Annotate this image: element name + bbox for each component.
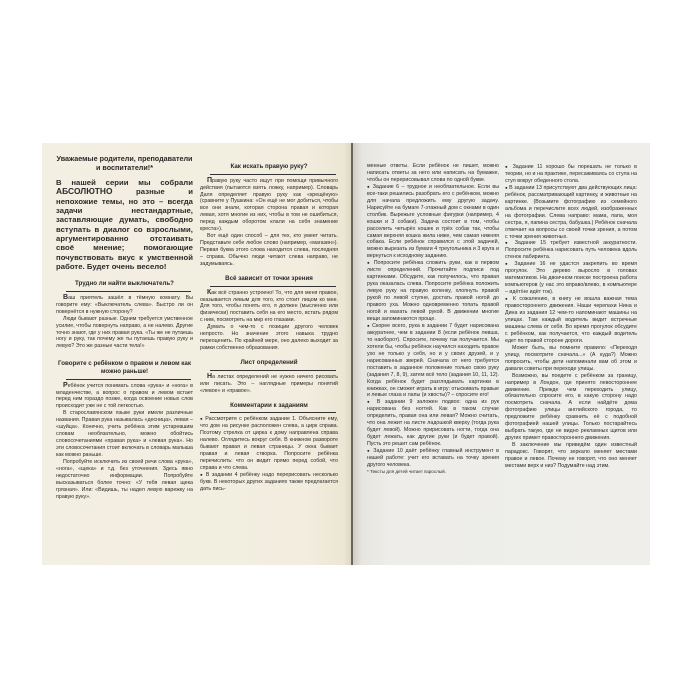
intro-rest: разные и непохожие темы, но это – всегда… (56, 187, 193, 270)
paragraph: В заключение мы приведём один известный … (505, 442, 637, 470)
section-heading-point-of-view: Всё зависит от точки зрения (200, 275, 338, 283)
heading-divider (210, 174, 336, 175)
intro-emphasis: АБСОЛЮТНО (56, 186, 113, 196)
bullet-item: Задание 10 даёт ребёнку главный инструме… (367, 448, 499, 469)
intro-body: В нашей серии мы собрали АБСОЛЮТНО разны… (56, 178, 193, 271)
section-heading-definitions-sheet: Лист определений (200, 359, 338, 367)
paragraph: Возможно, вы поедете с ребёнком за грани… (505, 373, 637, 443)
paragraph: Как всё странно устроено! То, что для ме… (200, 290, 338, 325)
bullet-item: Задание 6 – трудное и необязательное. Ес… (367, 184, 499, 260)
intro-title: Уважаемые родители, преподаватели и восп… (56, 155, 193, 172)
section-heading-switch: Трудно ли найти выключатель? (56, 280, 193, 288)
bullet-item: Задание 11 хорошо бы порешать не только … (505, 164, 637, 185)
paragraph-text: ебёнок учится понимать слова «рука» и «н… (56, 383, 193, 410)
bullet-item: Задание 16 не удастся закрепить во время… (505, 261, 637, 296)
heading-divider (210, 286, 336, 287)
heading-divider (66, 291, 191, 292)
heading-divider (66, 379, 191, 380)
section-heading-talk-early: Говорите с ребёнком о правом и левом как… (56, 360, 193, 375)
left-page-column-2: Как искать правую руку? Правую руку част… (200, 163, 338, 493)
bullet-item: Рассмотрите с ребёнком задание 1. Объясн… (200, 416, 338, 472)
footnote: * Тексты для детей читает взрослый. (367, 469, 499, 476)
right-page: менные ответы. Если ребёнок не пишет, мо… (353, 143, 650, 565)
left-page: Уважаемые родители, преподаватели и восп… (42, 143, 353, 565)
bullet-item: В задании 4 ребёнку надо перерисовать не… (200, 472, 338, 493)
bullet-item: В задании 13 присутствуют два действующи… (505, 185, 637, 241)
bullet-item: К сожалению, в книгу не вошла важная тем… (505, 296, 637, 345)
paragraph-text: а листах определений не нужно ничего рис… (200, 374, 338, 394)
paragraph: менные ответы. Если ребёнок не пишет, мо… (367, 163, 499, 184)
section-heading-task-comments: Комментарии к заданиям (200, 402, 338, 410)
paragraph-text: ак всё странно устроено! То, что для мен… (200, 290, 338, 324)
bullet-item: Попросите ребёнка сложить руки, как в пе… (367, 260, 499, 323)
bullet-item: Задание 15 требует известной аккуратност… (505, 240, 637, 261)
paragraph: Попробуйте исключить из своей речи слова… (56, 459, 193, 501)
heading-divider (210, 412, 336, 413)
paragraph: Ваш приятель зашёл в тёмную комнату. Вы … (56, 295, 193, 316)
paragraph: Думать о чем-то с позиции другого челове… (200, 324, 338, 352)
paragraph: В старославянском языке руки имели разли… (56, 410, 193, 459)
paragraph-text: равую руку часто ищут при помощи привычн… (200, 178, 338, 233)
paragraph: Может быть, вы помните правило: «Переход… (505, 345, 637, 373)
paragraph: Ребёнок учится понимать слова «рука» и «… (56, 383, 193, 411)
paragraph: Вот ещё один способ – для тех, кто умеет… (200, 233, 338, 268)
bullet-item: Скорее всего, рука в задании 7 будет нар… (367, 323, 499, 399)
paragraph: На листах определений не нужно ничего ри… (200, 374, 338, 395)
bullet-item: В задании 9 заложен подвох: одна из рук … (367, 399, 499, 448)
left-page-column-1: Уважаемые родители, преподаватели и восп… (56, 143, 193, 501)
paragraph: Правую руку часто ищут при помощи привыч… (200, 178, 338, 234)
right-page-column-1: менные ответы. Если ребёнок не пишет, мо… (367, 163, 499, 476)
paragraph: Люди бывают разные. Одним требуется умст… (56, 316, 193, 351)
right-page-column-2: Задание 11 хорошо бы порешать не только … (505, 164, 637, 470)
heading-divider (210, 370, 336, 371)
section-heading-find-right-hand: Как искать правую руку? (200, 163, 338, 171)
paragraph-text: аш приятель зашёл в тёмную комнату. Вы г… (56, 295, 193, 315)
